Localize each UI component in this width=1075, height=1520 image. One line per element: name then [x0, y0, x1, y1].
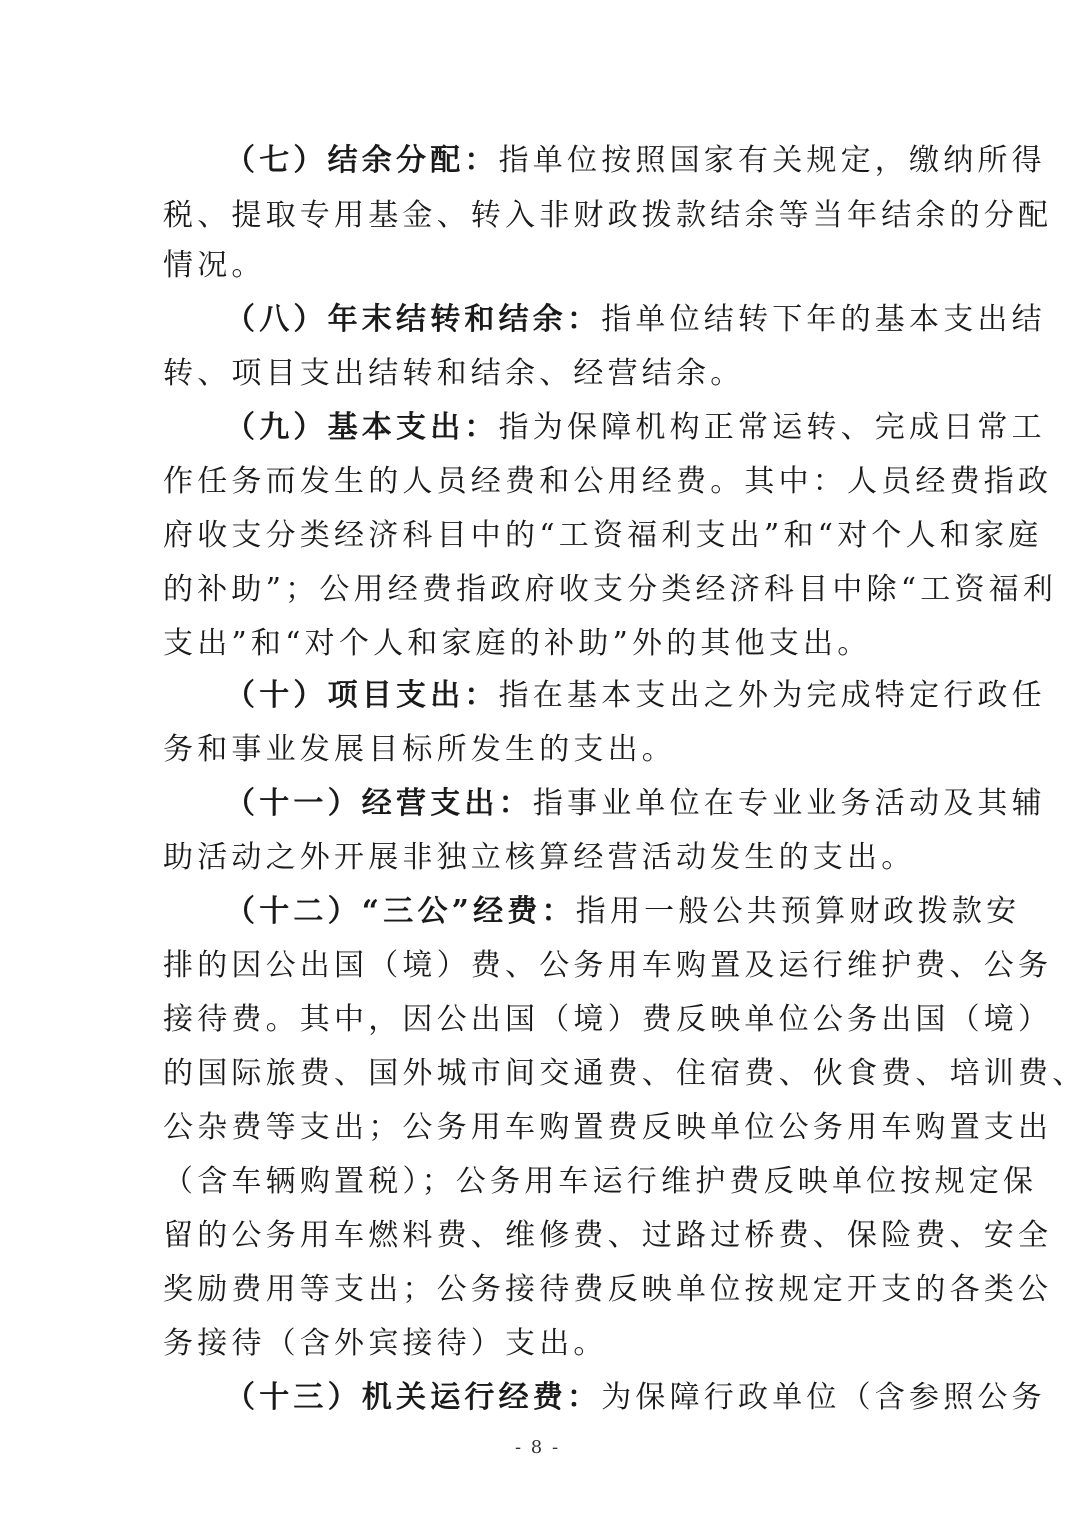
term-heading: （九）基本支出： [225, 410, 499, 445]
paragraph-8-line-1: （八）年末结转和结余：指单位结转下年的基本支出结 [225, 300, 915, 340]
paragraph-12-line-1: （十二）“三公”经费：指用一般公共预算财政拨款安 [225, 892, 915, 932]
paragraph-7-line-1: （七）结余分配：指单位按照国家有关规定，缴纳所得 [225, 141, 915, 181]
paragraph-12-line-9: 务接待（含外宾接待）支出。 [163, 1324, 915, 1364]
paragraph-12-line-7: 留的公务用车燃料费、维修费、过路过桥费、保险费、安全 [163, 1216, 915, 1256]
paragraph-9-line-2: 作任务而发生的人员经费和公用经费。其中：人员经费指政 [163, 462, 915, 502]
paragraph-7-line-2: 税、提取专用基金、转入非财政拨款结余等当年结余的分配 [163, 196, 915, 236]
term-heading: （十）项目支出： [225, 678, 499, 713]
paragraph-9-line-3: 府收支分类经济科目中的“工资福利支出”和“对个人和家庭 [163, 516, 915, 556]
paragraph-10-line-2: 务和事业发展目标所发生的支出。 [163, 730, 915, 770]
paragraph-12-line-6: （含车辆购置税）；公务用车运行维护费反映单位按规定保 [163, 1162, 915, 1202]
term-heading: （十一）经营支出： [225, 786, 533, 821]
paragraph-9-line-4: 的补助”；公用经费指政府收支分类经济科目中除“工资福利 [163, 570, 915, 610]
paragraph-8-line-2: 转、项目支出结转和结余、经营结余。 [163, 354, 915, 394]
document-page: （七）结余分配：指单位按照国家有关规定，缴纳所得 税、提取专用基金、转入非财政拨… [0, 0, 1075, 1520]
term-heading: （十三）机关运行经费： [225, 1380, 601, 1415]
paragraph-12-line-5: 公杂费等支出；公务用车购置费反映单位公务用车购置支出 [163, 1108, 915, 1148]
paragraph-9-line-1: （九）基本支出：指为保障机构正常运转、完成日常工 [225, 408, 915, 448]
paragraph-12-line-8: 奖励费用等支出；公务接待费反映单位按规定开支的各类公 [163, 1270, 915, 1310]
paragraph-13-line-1: （十三）机关运行经费：为保障行政单位（含参照公务 [225, 1378, 915, 1418]
page-number: - 8 - [0, 1437, 1075, 1459]
paragraph-12-line-4: 的国际旅费、国外城市间交通费、住宿费、伙食费、培训费、 [163, 1054, 915, 1094]
paragraph-7-line-3: 情况。 [163, 246, 915, 286]
paragraph-9-line-5: 支出”和“对个人和家庭的补助”外的其他支出。 [163, 624, 915, 664]
paragraph-12-line-3: 接待费。其中，因公出国（境）费反映单位公务出国（境） [163, 1000, 915, 1040]
term-heading: （八）年末结转和结余： [225, 302, 601, 337]
paragraph-10-line-1: （十）项目支出：指在基本支出之外为完成特定行政任 [225, 676, 915, 716]
paragraph-12-line-2: 排的因公出国（境）费、公务用车购置及运行维护费、公务 [163, 946, 915, 986]
paragraph-11-line-2: 助活动之外开展非独立核算经营活动发生的支出。 [163, 838, 915, 878]
term-heading: （十二）“三公”经费： [225, 894, 576, 929]
paragraph-11-line-1: （十一）经营支出：指事业单位在专业业务活动及其辅 [225, 784, 915, 824]
term-heading: （七）结余分配： [225, 143, 499, 178]
